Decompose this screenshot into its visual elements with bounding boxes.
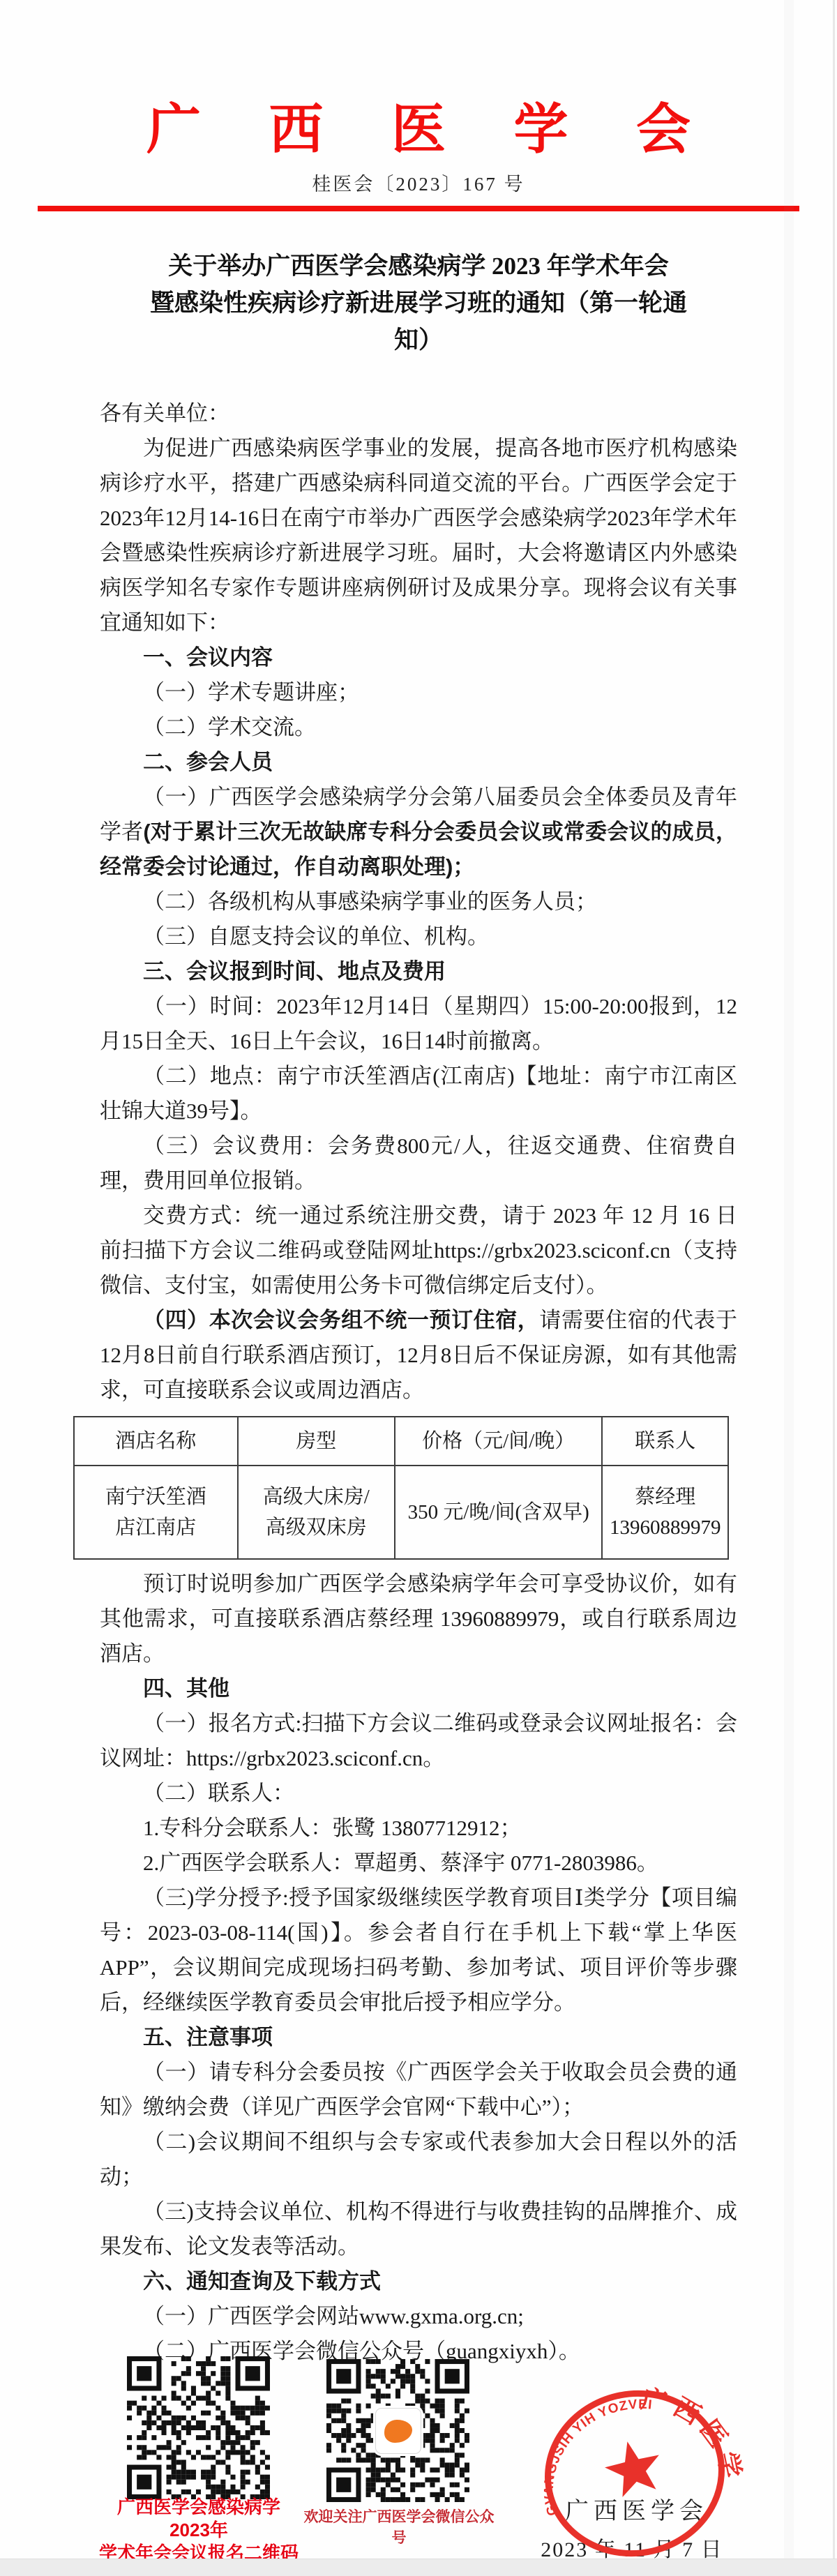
price-cell: 350 元/晚/间(含双早)	[395, 1466, 602, 1559]
room-type-header: 房型	[238, 1417, 395, 1466]
wechat-qr-code	[326, 2359, 469, 2502]
text-segment: 二、参会人员	[143, 750, 273, 774]
notice-document-page: 广 西 医 学 会 桂医会〔2023〕167 号 关于举办广西医学会感染病学 2…	[0, 0, 837, 2576]
qr-code-icon	[127, 2356, 270, 2499]
text-segment: 四、其他	[143, 1676, 229, 1701]
paragraph: （一）报名方式:扫描下方会议二维码或登录会议网址报名：会议网址：https://…	[100, 1706, 737, 1776]
section-heading: 五、注意事项	[100, 2020, 737, 2055]
text-segment: （二）地点：南宁市沃笙酒店(江南店)【地址：南宁市江南区壮锦大道39号】。	[100, 1064, 737, 1123]
seal-star-icon	[601, 2435, 667, 2499]
section-heading: 六、通知查询及下载方式	[100, 2264, 737, 2299]
hotel-name-header: 酒店名称	[74, 1417, 238, 1466]
paragraph: （三)支持会议单位、机构不得进行与收费挂钩的品牌推介、成果发布、论文发表等活动。	[100, 2194, 737, 2264]
paragraph: （一）请专科分会委员按《广西医学会关于收取会员会费的通知》缴纳会费（详见广西医学…	[100, 2055, 737, 2125]
registration-qr-caption: 广西医学会感染病学2023年 学术年会会议报名二维码	[98, 2496, 300, 2565]
section-heading: 三、会议报到时间、地点及费用	[100, 954, 737, 989]
body-bottom: 预订时说明参加广西医学会感染病学年会可享受协议价，如有其他需求，可直接联系酒店蔡…	[100, 1567, 737, 2369]
hotel-name-cell: 南宁沃笙酒 店江南店	[74, 1466, 238, 1559]
guangxi-map-icon	[384, 2420, 412, 2443]
text-segment: 六、通知查询及下载方式	[143, 2269, 381, 2293]
paragraph: （二）联系人：	[100, 1776, 737, 1811]
hotel-table: 酒店名称 房型 价格（元/间/晚） 联系人 南宁沃笙酒 店江南店 高级大床房/ …	[73, 1416, 729, 1560]
bold-text-segment: （四）本次会议会务组不统一预订住宿，	[143, 1308, 539, 1332]
org-title: 广 西 医 学 会	[0, 0, 837, 158]
paragraph: 为促进广西感染病医学事业的发展，提高各地市医疗机构感染病诊疗水平，搭建广西感染病…	[100, 431, 737, 640]
registration-qr-code	[127, 2356, 270, 2499]
document-title: 关于举办广西医学会感染病学 2023 年学术年会 暨感染性疾病诊疗新进展学习班的…	[0, 248, 837, 359]
paragraph: （一）时间：2023年12月14日（星期四）15:00-20:00报到，12月1…	[100, 989, 737, 1059]
scan-artifact-stripe	[784, 0, 794, 2576]
price-header: 价格（元/间/晚）	[395, 1417, 602, 1466]
doc-number: 桂医会〔2023〕167 号	[0, 169, 837, 196]
red-divider	[38, 206, 799, 211]
text-segment: （二)会议期间不组织与会专家或代表参加大会日程以外的活动；	[100, 2130, 737, 2189]
paragraph: 交费方式：统一通过系统注册交费，请于 2023 年 12 月 16 日前扫描下方…	[100, 1198, 737, 1303]
room-type-cell: 高级大床房/ 高级双床房	[238, 1466, 395, 1559]
paragraph: （三）会议费用：会务费800元/人，往返交通费、住宿费自理，费用回单位报销。	[100, 1129, 737, 1198]
paragraph: （一）学术专题讲座；	[100, 675, 737, 710]
paragraph: （一）广西医学会感染病学分会第八届委员会全体委员及青年学者(对于累计三次无故缺席…	[100, 780, 737, 884]
text-segment: 交费方式：统一通过系统注册交费，请于 2023 年 12 月 16 日前扫描下方…	[100, 1203, 737, 1297]
paragraph: （三）自愿支持会议的单位、机构。	[100, 919, 737, 954]
text-segment: （一）报名方式:扫描下方会议二维码或登录会议网址报名：会议网址：https://…	[100, 1711, 737, 1770]
scan-artifact-edge	[833, 0, 835, 2576]
text-segment: （二）学术交流。	[143, 715, 316, 739]
section-heading: 四、其他	[100, 1671, 737, 1706]
document-body: 各有关单位：为促进广西感染病医学事业的发展，提高各地市医疗机构感染病诊疗水平，搭…	[100, 396, 737, 2369]
text-segment: （一）时间：2023年12月14日（星期四）15:00-20:00报到，12月1…	[100, 994, 737, 1053]
text-segment: 1.专科分会联系人：张鹭 13807712912；	[143, 1816, 522, 1840]
document-footer: 广西医学会感染病学2023年 学术年会会议报名二维码 欢迎关注广西医学会微信公众…	[0, 2337, 837, 2576]
text-segment: （三)支持会议单位、机构不得进行与收费挂钩的品牌推介、成果发布、论文发表等活动。	[100, 2199, 737, 2259]
paragraph: （三)学分授予:授予国家级继续医学教育项目Ⅰ类学分【项目编号：2023-03-0…	[100, 1881, 737, 2020]
paragraph: （二)会议期间不组织与会专家或代表参加大会日程以外的活动；	[100, 2125, 737, 2194]
text-segment: （三）会议费用：会务费800元/人，往返交通费、住宿费自理，费用回单位报销。	[100, 1133, 737, 1193]
text-segment: 一、会议内容	[143, 645, 273, 670]
text-segment: 为促进广西感染病医学事业的发展，提高各地市医疗机构感染病诊疗水平，搭建广西感染病…	[100, 436, 737, 635]
paragraph: 预订时说明参加广西医学会感染病学年会可享受协议价，如有其他需求，可直接联系酒店蔡…	[100, 1567, 737, 1671]
section-heading: 二、参会人员	[100, 745, 737, 780]
bold-text-segment: (对于累计三次无故缺席专科分会委员会议或常委会议的成员，经常委会讨论通过，作自动…	[100, 820, 737, 879]
official-red-seal: GVANGJSIH YIH YOZVEI 广西医学会	[515, 2363, 755, 2573]
paragraph: 各有关单位：	[100, 396, 737, 431]
text-segment: （一）学术专题讲座；	[143, 680, 359, 705]
text-segment: （一）广西医学会网站www.gxma.org.cn;	[143, 2304, 524, 2328]
text-segment: 预订时说明参加广西医学会感染病学年会可享受协议价，如有其他需求，可直接联系酒店蔡…	[100, 1572, 737, 1666]
paragraph: （二）地点：南宁市沃笙酒店(江南店)【地址：南宁市江南区壮锦大道39号】。	[100, 1059, 737, 1129]
text-segment: （三）自愿支持会议的单位、机构。	[143, 924, 489, 949]
body-top: 各有关单位：为促进广西感染病医学事业的发展，提高各地市医疗机构感染病诊疗水平，搭…	[100, 396, 737, 1408]
text-segment: （二）联系人：	[143, 1781, 294, 1805]
paragraph: 1.专科分会联系人：张鹭 13807712912；	[100, 1811, 737, 1846]
text-segment: 三、会议报到时间、地点及费用	[143, 959, 446, 984]
contact-header: 联系人	[602, 1417, 728, 1466]
wechat-qr-center-logo	[375, 2408, 421, 2454]
text-segment: （二）各级机构从事感染病学事业的医务人员；	[143, 889, 597, 914]
contact-cell: 蔡经理 13960889979	[602, 1466, 728, 1559]
paragraph: （二）各级机构从事感染病学事业的医务人员；	[100, 884, 737, 919]
wechat-qr-caption: 欢迎关注广西医学会微信公众号	[301, 2506, 497, 2547]
text-segment: 各有关单位：	[100, 401, 229, 425]
hotel-table-row: 南宁沃笙酒 店江南店 高级大床房/ 高级双床房 350 元/晚/间(含双早) 蔡…	[74, 1466, 728, 1559]
text-segment: （一）请专科分会委员按《广西医学会关于收取会员会费的通知》缴纳会费（详见广西医学…	[100, 2060, 737, 2119]
paragraph: （一）广西医学会网站www.gxma.org.cn;	[100, 2299, 737, 2334]
paragraph: 2.广西医学会联系人：覃超勇、蔡泽宇 0771-2803986。	[100, 1846, 737, 1881]
hotel-table-header-row: 酒店名称 房型 价格（元/间/晚） 联系人	[74, 1417, 728, 1466]
section-heading: 一、会议内容	[100, 640, 737, 675]
paragraph: （四）本次会议会务组不统一预订住宿，请需要住宿的代表于12月8日前自行联系酒店预…	[100, 1303, 737, 1408]
text-segment: 2.广西医学会联系人：覃超勇、蔡泽宇 0771-2803986。	[143, 1851, 658, 1875]
paragraph: （二）学术交流。	[100, 710, 737, 745]
text-segment: （三)学分授予:授予国家级继续医学教育项目Ⅰ类学分【项目编号：2023-03-0…	[100, 1885, 737, 2014]
text-segment: 五、注意事项	[143, 2025, 273, 2049]
